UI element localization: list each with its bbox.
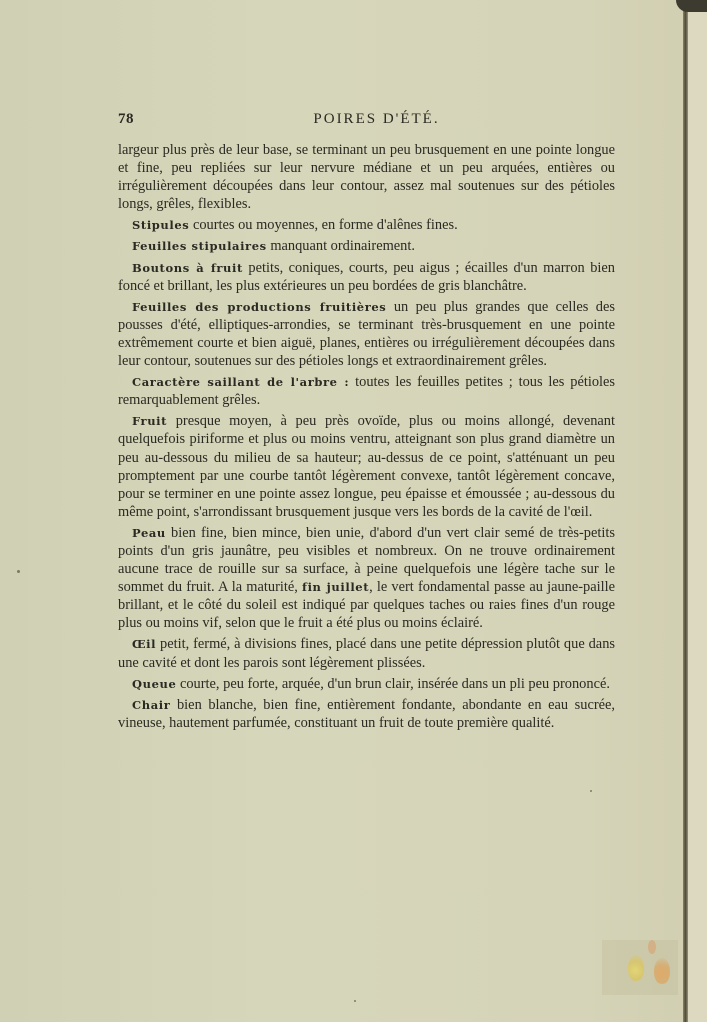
- term-heading: Peau: [132, 526, 166, 540]
- term-heading: Fruit: [132, 414, 167, 428]
- paragraph-stipules: Stipules courtes ou moyennes, en forme d…: [118, 216, 615, 234]
- show-through-pear-red: [654, 958, 670, 984]
- paragraph-peau: Peau bien fine, bien mince, bien unie, d…: [118, 524, 615, 633]
- paragraph-oeil: Œil petit, fermé, à divisions fines, pla…: [118, 635, 615, 671]
- show-through-pear-yellow: [628, 955, 644, 981]
- term-heading: Boutons à fruit: [132, 261, 243, 275]
- page-text-block: 78 POIRES D'ÉTÉ. largeur plus près de le…: [118, 111, 615, 735]
- paragraph-fruit: Fruit presque moyen, à peu près ovoïde, …: [118, 412, 615, 521]
- running-head: 78 POIRES D'ÉTÉ.: [118, 111, 615, 135]
- term-heading: Caractère saillant de l'arbre :: [132, 375, 349, 389]
- paragraph-feuilles-stipulaires: Feuilles stipulaires manquant ordinairem…: [118, 237, 615, 255]
- paragraph-chair: Chair bien blanche, bien fine, entièreme…: [118, 696, 615, 732]
- paper-speck: [590, 790, 592, 792]
- paragraph-boutons-a-fruit: Boutons à fruit petits, coniques, courts…: [118, 259, 615, 295]
- running-title: POIRES D'ÉTÉ.: [118, 111, 615, 128]
- term-heading: Chair: [132, 698, 170, 712]
- paper-speck: [354, 1000, 356, 1002]
- paragraph-feuilles-productions: Feuilles des productions fruitières un p…: [118, 298, 615, 370]
- paragraph-text: petit, fermé, à divisions fines, placé d…: [118, 636, 615, 670]
- paragraph-text: bien blanche, bien fine, entièrement fon…: [118, 697, 615, 731]
- inline-term-maturity: fin juillet: [302, 580, 369, 594]
- term-heading: Feuilles des productions fruitières: [132, 300, 386, 314]
- term-heading: Stipules: [132, 218, 189, 232]
- next-page-sliver: [688, 0, 707, 1022]
- paragraph-caractere-saillant: Caractère saillant de l'arbre : toutes l…: [118, 373, 615, 409]
- term-heading: Œil: [132, 637, 156, 651]
- paragraph-text: largeur plus près de leur base, se termi…: [118, 142, 615, 212]
- paragraph-leaf-continuation: largeur plus près de leur base, se termi…: [118, 141, 615, 213]
- paragraph-text: courtes ou moyennes, en forme d'alênes f…: [189, 217, 457, 233]
- paragraph-text: presque moyen, à peu près ovoïde, plus o…: [118, 413, 615, 519]
- paragraph-text: courte, peu forte, arquée, d'un brun cla…: [176, 676, 610, 692]
- paper-speck: [17, 570, 20, 573]
- show-through-leaf: [648, 940, 656, 954]
- term-heading: Queue: [132, 677, 176, 691]
- term-heading: Feuilles stipulaires: [132, 239, 267, 253]
- paragraph-queue: Queue courte, peu forte, arquée, d'un br…: [118, 675, 615, 693]
- paragraph-text: manquant ordinairement.: [267, 238, 415, 254]
